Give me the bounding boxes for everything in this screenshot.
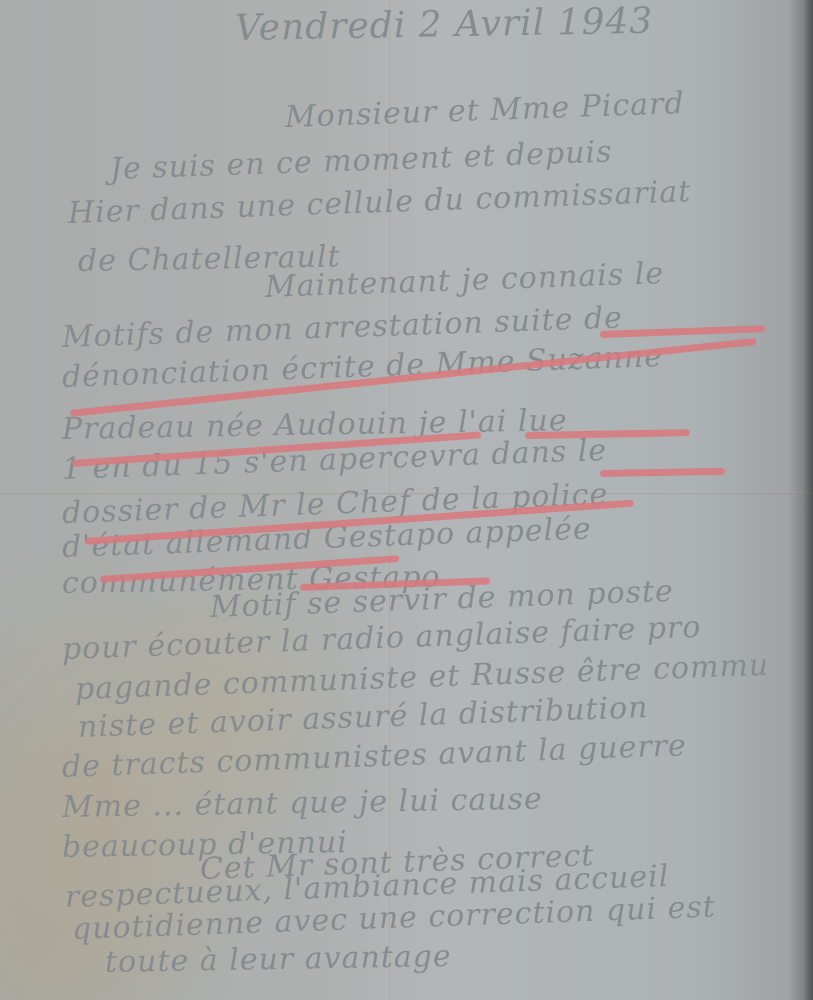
letter-line: toute à leur avantage	[105, 939, 452, 980]
paper-right-edge-shadow	[803, 0, 813, 1000]
letter-date: Vendredi 2 Avril 1943	[235, 1, 654, 49]
